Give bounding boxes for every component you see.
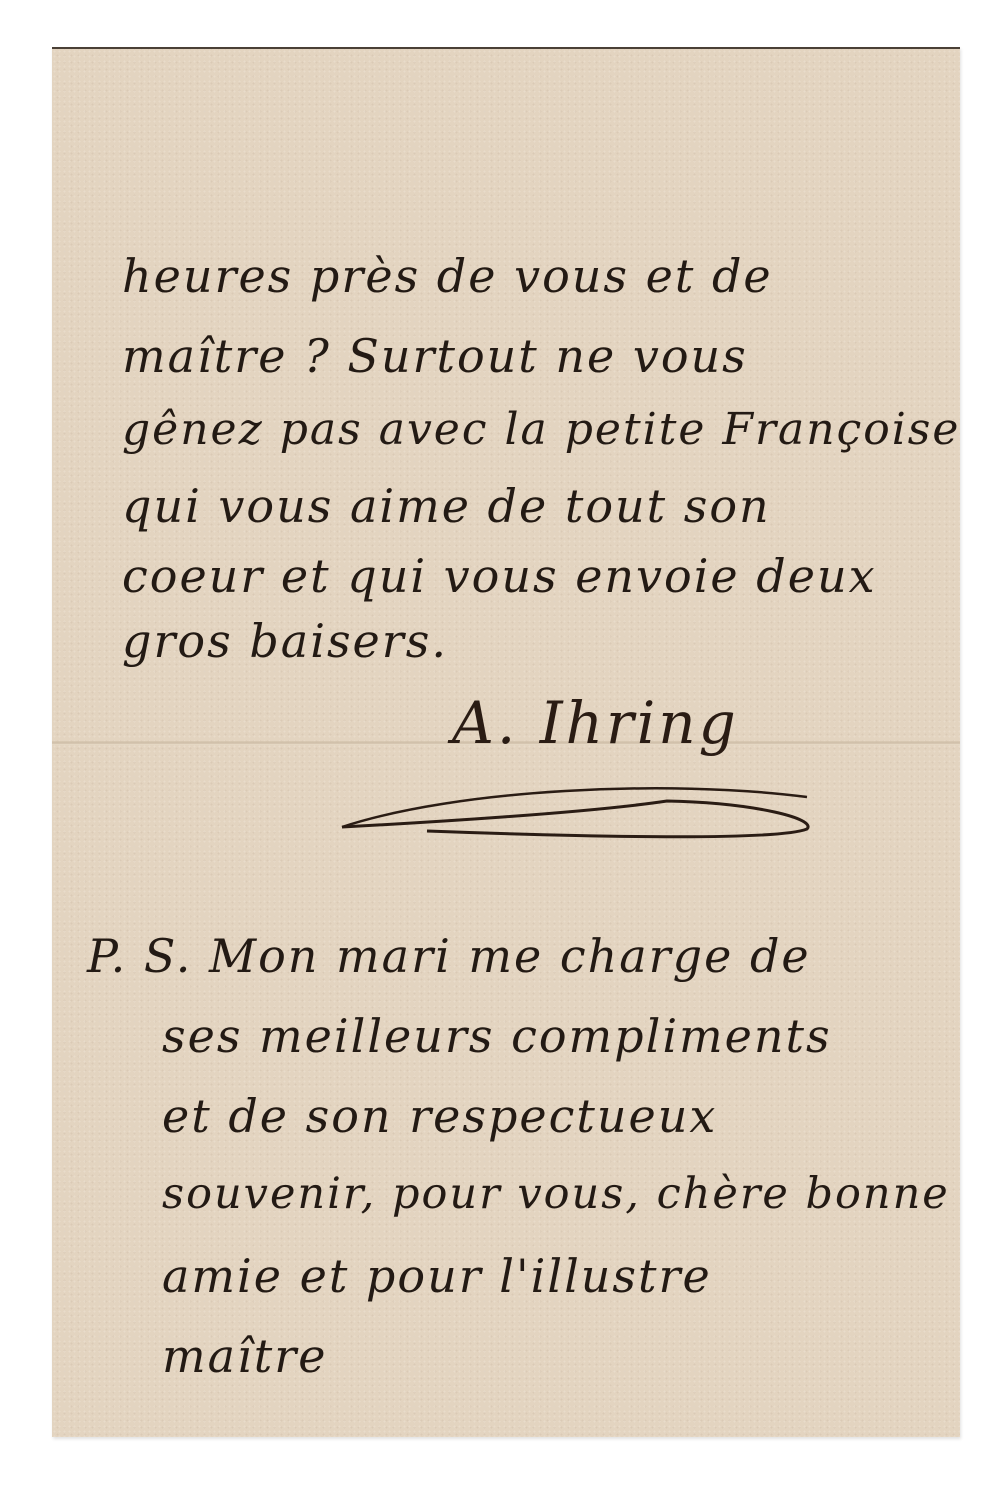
body-line-5: coeur et qui vous envoie deux [122, 549, 877, 603]
body-line-1: heures près de vous et de [122, 249, 773, 303]
body-line-3: gênez pas avec la petite Françoise [122, 404, 960, 455]
body-line-4: qui vous aime de tout son [122, 479, 771, 533]
body-line-6: gros baisers. [122, 614, 448, 668]
postscript-line-6: maître [162, 1329, 327, 1383]
signature: A. Ihring [452, 689, 739, 757]
postscript-line-3: et de son respectueux [162, 1089, 717, 1143]
postscript-line-4: souvenir, pour vous, chère bonne [162, 1169, 950, 1219]
postscript-line-2: ses meilleurs compliments [162, 1009, 832, 1063]
letter-page: heures près de vous et de maître ? Surto… [52, 47, 960, 1437]
body-line-2: maître ? Surtout ne vous [122, 329, 748, 383]
postscript-line-5: amie et pour l'illustre [162, 1249, 712, 1303]
postscript-line-1: P. S. Mon mari me charge de [87, 929, 811, 983]
signature-flourish [337, 779, 837, 839]
